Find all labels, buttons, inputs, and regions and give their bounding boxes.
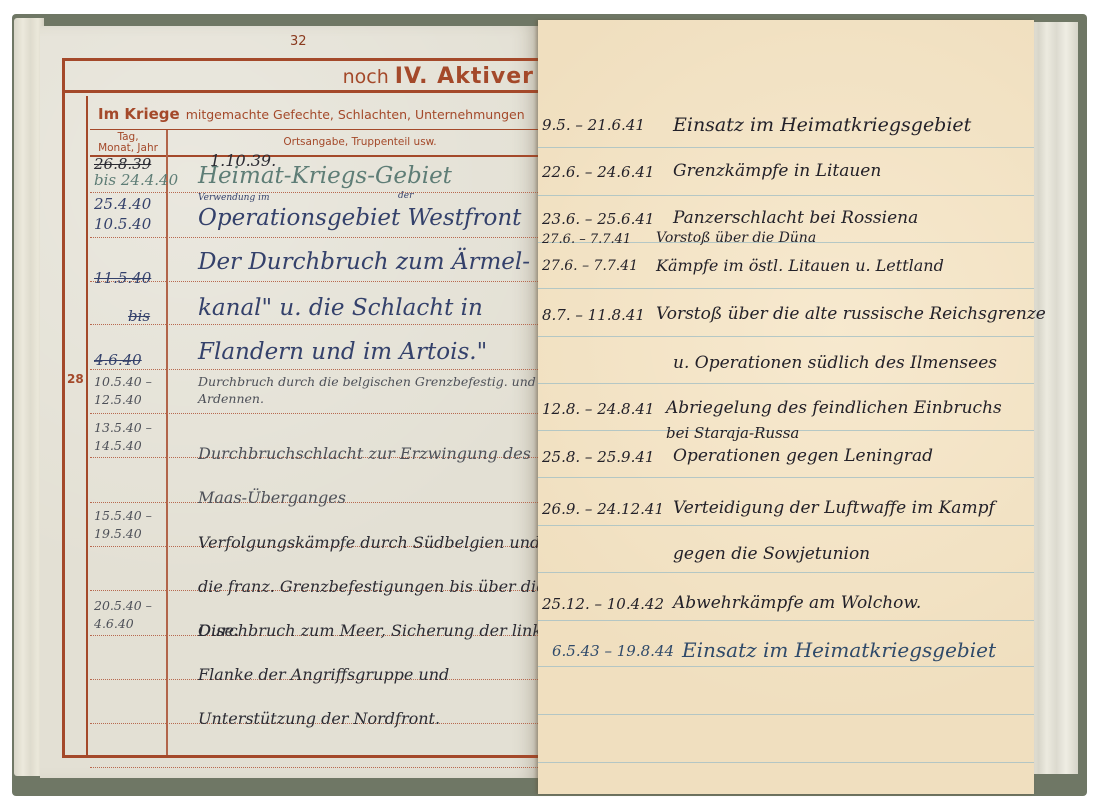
column-headers: Tag, Monat, Jahr Ortsangabe, Truppenteil…: [90, 130, 540, 157]
entry-continuation: gegen die Sowjetunion: [673, 544, 870, 564]
ruled-line: [538, 714, 1034, 715]
entry-date: bis: [128, 307, 150, 325]
title-band: nochIV. Aktiver: [65, 61, 540, 93]
entry-date: 25.12. – 10.4.42: [542, 595, 664, 613]
entry-text: Flandern und im Artois.": [198, 339, 487, 365]
entry-date: 22.6. – 24.6.41: [542, 163, 654, 181]
entry-text: Operationsgebiet Westfront: [198, 205, 521, 231]
section-lead: Im Kriege: [98, 105, 180, 123]
title-prefix: noch: [343, 66, 389, 88]
entry-date: 25.8. – 25.9.41: [542, 448, 654, 466]
title-bold: IV. Aktiver: [395, 64, 534, 89]
entry-continuation: u. Operationen südlich des Ilmensees: [673, 353, 997, 373]
entry-date: 13.5.40 – 14.5.40: [94, 419, 184, 455]
entry-text: Operationen gegen Leningrad: [673, 446, 933, 466]
margin-column: 28: [65, 96, 88, 755]
entry-date: 6.5.43 – 19.8.44: [552, 642, 674, 660]
right-page-stack: [1030, 22, 1078, 774]
entry-text: Durchbruchschlacht zur Erzwingung des Ma…: [198, 432, 566, 520]
ruled-line: [538, 383, 1034, 384]
entry-text: Heimat-Kriegs-Gebiet: [198, 163, 452, 189]
row-line: [90, 324, 540, 325]
entry-text: Abriegelung des feindlichen Einbruchs: [666, 398, 1002, 418]
ruled-line: [538, 288, 1034, 289]
ruled-line: [538, 572, 1034, 573]
entry-date: 4.6.40: [94, 351, 142, 369]
entry-date: 11.5.40: [94, 269, 151, 287]
entry-text: Vorstoß über die alte russische Reichsgr…: [656, 304, 1046, 324]
section-heading: Im Kriegemitgemachte Gefechte, Schlachte…: [90, 96, 540, 130]
entry-text: Einsatz im Heimatkriegsgebiet: [682, 638, 996, 662]
ruled-line: [538, 525, 1034, 526]
entry-date: 9.5. – 21.6.41: [542, 116, 645, 134]
entry-note: Verwendung im: [198, 193, 270, 203]
row-line: [90, 281, 540, 282]
entry-text: Verteidigung der Luftwaffe im Kampf: [673, 498, 995, 518]
margin-number: 28: [67, 372, 84, 386]
entry-text: Abwehrkämpfe am Wolchow.: [673, 593, 921, 613]
entry-date: 10.5.40 – 12.5.40: [94, 373, 184, 409]
entry-date: 8.7. – 11.8.41: [542, 306, 645, 324]
entry-date: 15.5.40 – 19.5.40: [94, 507, 184, 543]
entry-text: kanal" u. die Schlacht in: [198, 295, 483, 321]
form-frame: nochIV. Aktiver 28 Im Kriegemitgemachte …: [62, 58, 540, 758]
entry-date: 12.8. – 24.8.41: [542, 400, 654, 418]
left-page: 32 nochIV. Aktiver 28 Im Kriegemitgemach…: [40, 26, 540, 778]
section-rest: mitgemachte Gefechte, Schlachten, Untern…: [186, 107, 525, 122]
row-line: [90, 767, 540, 768]
entry-text: Grenzkämpfe in Litauen: [673, 161, 881, 181]
entry-date: 26.9. – 24.12.41: [542, 500, 664, 518]
entry-date: 25.4.40: [94, 195, 151, 213]
entry-continuation: bei Staraja-Russa: [666, 424, 799, 442]
entry-note: der: [398, 191, 413, 201]
entry-date: 20.5.40 – 4.6.40: [94, 597, 184, 633]
entry-text: Der Durchbruch zum Ärmel-: [198, 249, 530, 275]
row-line: [90, 369, 540, 370]
entry-text: Kämpfe im östl. Litauen u. Lettland: [656, 256, 944, 275]
right-page: 9.5. – 21.6.41 Einsatz im Heimatkriegsge…: [538, 20, 1034, 794]
entry-text: Vorstoß über die Düna: [656, 230, 816, 246]
ruled-line: [538, 762, 1034, 763]
entry-text: Durchbruch zum Meer, Sicherung der linke…: [198, 609, 566, 741]
row-line: [90, 237, 540, 238]
page-number: 32: [290, 34, 307, 49]
ruled-line: [538, 195, 1034, 196]
entry-text: Einsatz im Heimatkriegsgebiet: [673, 114, 971, 136]
place-column-header: Ortsangabe, Truppenteil usw.: [180, 136, 540, 148]
entry-date: bis 24.4.40: [94, 171, 178, 189]
ruled-line: [538, 620, 1034, 621]
date-header-line2: Monat, Jahr: [90, 143, 166, 154]
entry-date: 23.6. – 25.6.41: [542, 210, 654, 228]
row-line: [90, 192, 540, 193]
page-title: nochIV. Aktiver: [343, 64, 534, 89]
entry-date: 27.6. – 7.7.41: [542, 232, 631, 247]
row-line: [90, 413, 540, 414]
ruled-line: [538, 666, 1034, 667]
entry-date: 27.6. – 7.7.41: [542, 258, 638, 274]
ruled-line: [538, 147, 1034, 148]
date-column-header: Tag, Monat, Jahr: [90, 132, 166, 154]
ruled-line: [538, 477, 1034, 478]
entry-text: Panzerschlacht bei Rossiena: [673, 208, 918, 228]
ruled-line: [538, 336, 1034, 337]
entries-table: 26.8.39 1.10.39. bis 24.4.40 Heimat-Krie…: [90, 157, 540, 755]
entry-date: 10.5.40: [94, 215, 151, 233]
entry-text: Durchbruch durch die belgischen Grenzbef…: [198, 373, 566, 407]
